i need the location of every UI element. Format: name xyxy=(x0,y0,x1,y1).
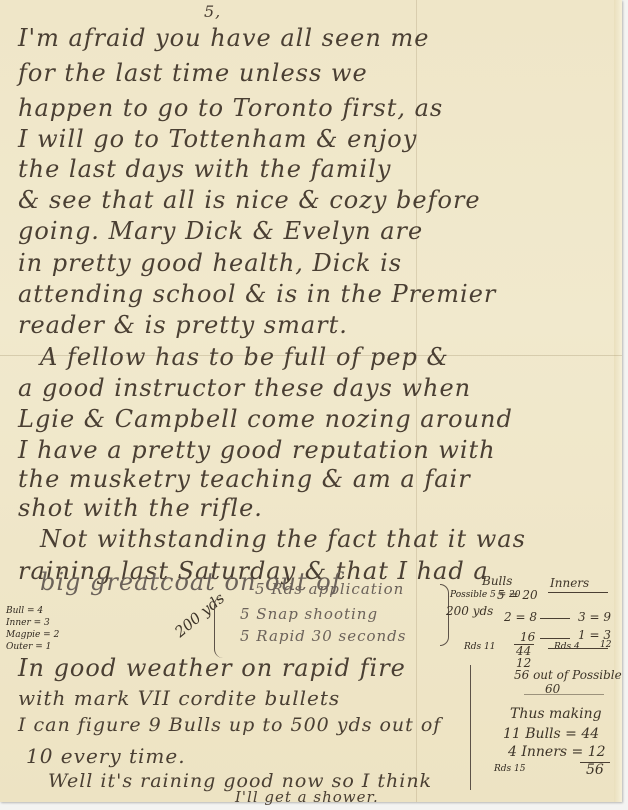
summary-total: 56 xyxy=(586,762,604,778)
rds-label: Rds 11 xyxy=(464,642,495,653)
page-number: 5, xyxy=(204,2,221,21)
divider xyxy=(524,694,604,695)
score-key-bull: Bull = 4 xyxy=(6,606,43,617)
letter-line: happen to go to Toronto first, as xyxy=(18,94,443,122)
letter-line: shot with the rifle. xyxy=(18,494,263,522)
tally-inners-row: 3 = 9 xyxy=(578,610,611,624)
letter-line: In good weather on rapid fire xyxy=(18,654,406,682)
letter-line: I can figure 9 Bulls up to 500 yds out o… xyxy=(18,714,441,736)
summary-rds: Rds 15 xyxy=(494,764,525,775)
letter-line: & see that all is nice & cozy before xyxy=(18,186,481,214)
score-key-magpie: Magpie = 2 xyxy=(6,630,59,641)
letter-line: A fellow has to be full of pep & xyxy=(40,343,449,371)
score-key-inner: Inner = 3 xyxy=(6,618,50,629)
summary-bracket xyxy=(470,665,493,790)
summary-inners: 4 Inners = 12 xyxy=(508,744,606,760)
letter-line: the last days with the family xyxy=(18,155,391,183)
letter-line: I will go to Tottenham & enjoy xyxy=(18,125,417,153)
tally-header-inners: Inners xyxy=(550,576,589,590)
letter-line: with mark VII cordite bullets xyxy=(18,686,340,710)
inners-total: 12 xyxy=(600,640,611,651)
underline xyxy=(548,592,608,593)
firing-item: 5 Snap shooting xyxy=(240,605,378,623)
score-key-outer: Outer = 1 xyxy=(6,642,51,653)
letter-line: for the last time unless we xyxy=(18,59,368,87)
letter-line: the musketry teaching & am a fair xyxy=(18,465,471,493)
letter-line: Lgie & Campbell come nozing around xyxy=(18,405,513,433)
sum-rule xyxy=(548,648,608,649)
letter-line: attending school & is in the Premier xyxy=(18,280,496,308)
dash xyxy=(540,618,570,619)
range-bracket xyxy=(214,596,223,658)
tally-total: 56 out of Possible xyxy=(514,668,622,682)
summary-bulls: 11 Bulls = 44 xyxy=(503,726,599,742)
tally-bulls-row: 2 = 8 xyxy=(504,610,537,624)
bracket-note: 200 yds xyxy=(446,604,493,618)
tally-header-bulls: Bulls xyxy=(482,574,512,588)
letter-page: 5, I'm afraid you have all seen me for t… xyxy=(0,0,622,802)
letter-line: reader & is pretty smart. xyxy=(18,311,348,339)
letter-line: 10 every time. xyxy=(26,744,186,768)
letter-line: Not withstanding the fact that it was xyxy=(40,525,526,553)
firing-item: 5 Rapid 30 seconds xyxy=(240,627,406,645)
letter-line: going. Mary Dick & Evelyn are xyxy=(18,217,423,245)
tally-bulls-row: 16 xyxy=(520,630,535,644)
letter-line: a good instructor these days when xyxy=(18,374,471,402)
summary-heading: Thus making xyxy=(510,706,602,722)
letter-line: in pretty good health, Dick is xyxy=(18,249,402,277)
letter-line: I have a pretty good reputation with xyxy=(18,436,496,464)
firing-item: 5 Rds application xyxy=(255,580,404,598)
tally-bulls-row: 5 = 20 xyxy=(497,588,538,602)
letter-line: I'll get a shower. xyxy=(235,788,379,806)
letter-line: I'm afraid you have all seen me xyxy=(18,24,429,52)
dash xyxy=(540,638,570,639)
